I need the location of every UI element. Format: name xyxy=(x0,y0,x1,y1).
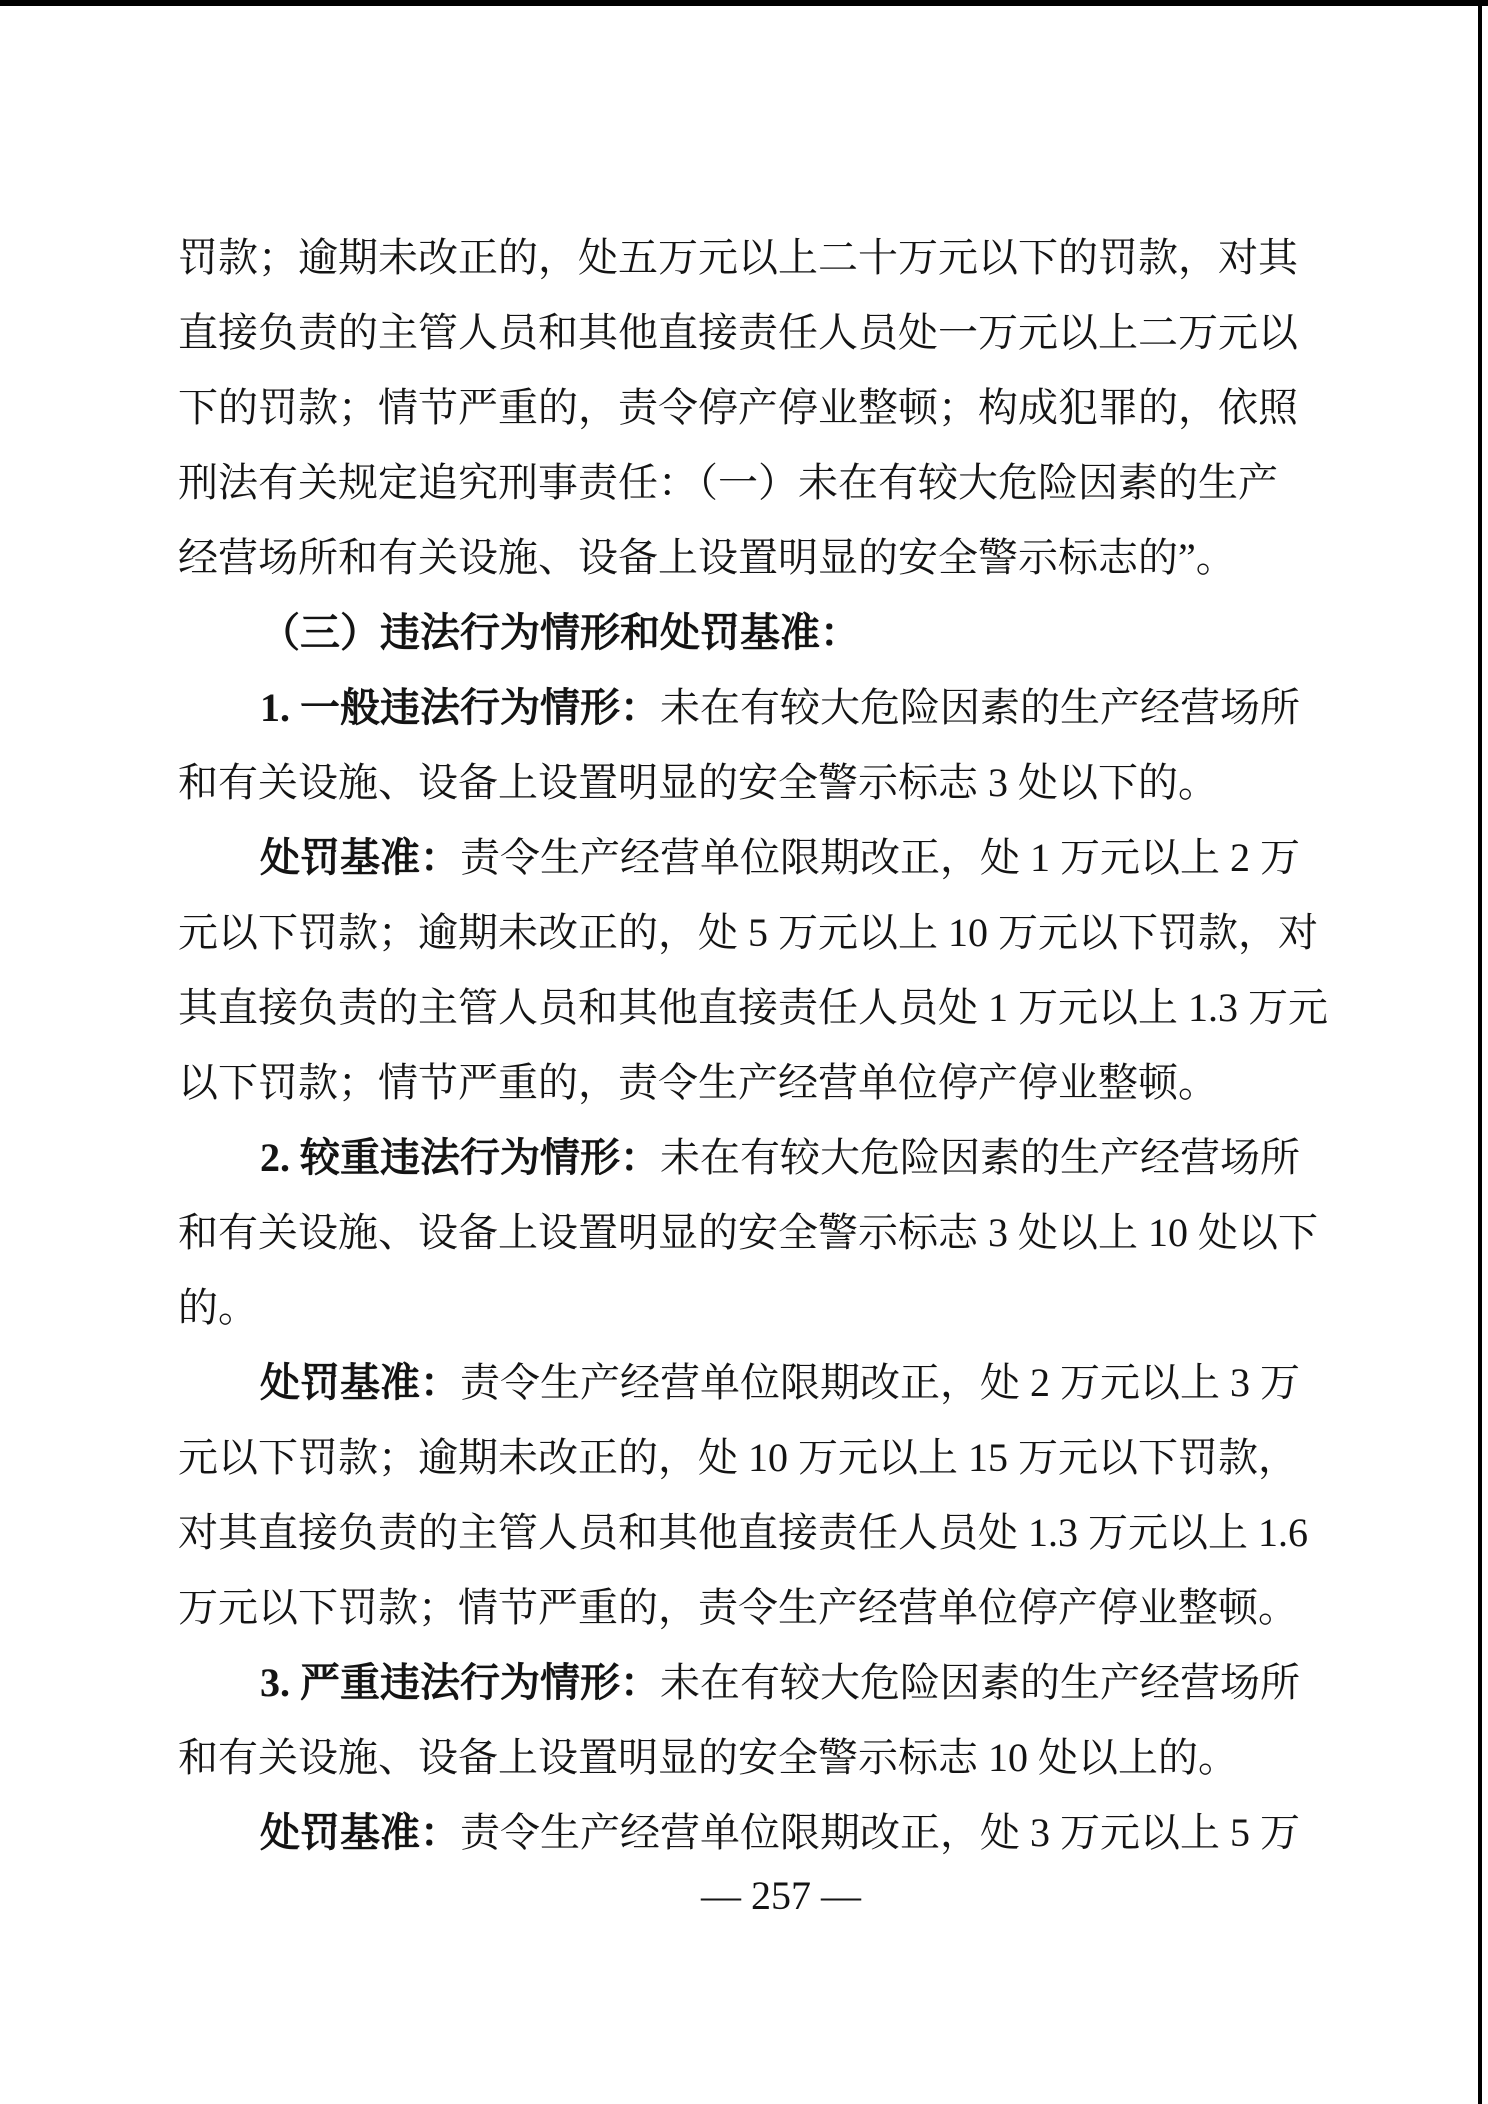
body-line: 以下罚款；情节严重的，责令生产经营单位停产停业整顿。 xyxy=(178,1045,1418,1120)
body-line: 和有关设施、设备上设置明显的安全警示标志 3 处以上 10 处以下 xyxy=(178,1195,1418,1270)
text-segment: 元以下罚款；逾期未改正的，处 10 万元以上 15 万元以下罚款， xyxy=(178,1435,1298,1480)
text-segment: 未在有较大危险因素的生产经营场所 xyxy=(660,1660,1300,1705)
bold-text-segment: 处罚基准： xyxy=(260,835,460,880)
text-segment: 万元以下罚款；情节严重的，责令生产经营单位停产停业整顿。 xyxy=(178,1585,1298,1630)
body-line: 处罚基准：责令生产经营单位限期改正，处 1 万元以上 2 万 xyxy=(178,820,1418,895)
body-line: 下的罚款；情节严重的，责令停产停业整顿；构成犯罪的，依照 xyxy=(178,370,1418,445)
text-segment: 未在有较大危险因素的生产经营场所 xyxy=(660,685,1300,730)
text-segment: 元以下罚款；逾期未改正的，处 5 万元以上 10 万元以下罚款，对 xyxy=(178,910,1318,955)
text-segment: 其直接负责的主管人员和其他直接责任人员处 1 万元以上 1.3 万元 xyxy=(178,985,1328,1030)
bold-text-segment: 处罚基准： xyxy=(260,1360,460,1405)
body-line: 直接负责的主管人员和其他直接责任人员处一万元以上二万元以 xyxy=(178,295,1418,370)
scan-right-edge-line xyxy=(1478,0,1482,2104)
body-line: 万元以下罚款；情节严重的，责令生产经营单位停产停业整顿。 xyxy=(178,1570,1418,1645)
body-line: 对其直接负责的主管人员和其他直接责任人员处 1.3 万元以上 1.6 xyxy=(178,1495,1418,1570)
body-line: 3. 严重违法行为情形：未在有较大危险因素的生产经营场所 xyxy=(178,1645,1418,1720)
body-line: 元以下罚款；逾期未改正的，处 5 万元以上 10 万元以下罚款，对 xyxy=(178,895,1418,970)
body-line: 元以下罚款；逾期未改正的，处 10 万元以上 15 万元以下罚款， xyxy=(178,1420,1418,1495)
text-segment: 的。 xyxy=(178,1285,258,1330)
text-segment: 对其直接负责的主管人员和其他直接责任人员处 1.3 万元以上 1.6 xyxy=(178,1510,1308,1555)
text-segment: 责令生产经营单位限期改正，处 3 万元以上 5 万 xyxy=(460,1810,1300,1855)
text-segment: 直接负责的主管人员和其他直接责任人员处一万元以上二万元以 xyxy=(178,310,1298,355)
bold-text-segment: 1. 一般违法行为情形： xyxy=(260,685,660,730)
page-number: — 257 — xyxy=(72,1872,1488,1920)
body-line: 1. 一般违法行为情形：未在有较大危险因素的生产经营场所 xyxy=(178,670,1418,745)
text-segment: 下的罚款；情节严重的，责令停产停业整顿；构成犯罪的，依照 xyxy=(178,385,1298,430)
text-segment: 和有关设施、设备上设置明显的安全警示标志 10 处以上的。 xyxy=(178,1735,1238,1780)
body-line: 和有关设施、设备上设置明显的安全警示标志 10 处以上的。 xyxy=(178,1720,1418,1795)
body-line: 和有关设施、设备上设置明显的安全警示标志 3 处以下的。 xyxy=(178,745,1418,820)
text-segment: 责令生产经营单位限期改正，处 1 万元以上 2 万 xyxy=(460,835,1300,880)
text-segment: 责令生产经营单位限期改正，处 2 万元以上 3 万 xyxy=(460,1360,1300,1405)
body-line: 处罚基准：责令生产经营单位限期改正，处 2 万元以上 3 万 xyxy=(178,1345,1418,1420)
body-line: 其直接负责的主管人员和其他直接责任人员处 1 万元以上 1.3 万元 xyxy=(178,970,1418,1045)
text-segment: 罚款；逾期未改正的，处五万元以上二十万元以下的罚款，对其 xyxy=(178,235,1298,280)
text-segment: 经营场所和有关设施、设备上设置明显的安全警示标志的”。 xyxy=(178,535,1236,580)
text-block: 罚款；逾期未改正的，处五万元以上二十万元以下的罚款，对其直接负责的主管人员和其他… xyxy=(178,220,1418,1870)
document-page: 罚款；逾期未改正的，处五万元以上二十万元以下的罚款，对其直接负责的主管人员和其他… xyxy=(0,0,1488,2104)
body-line: （三）违法行为情形和处罚基准： xyxy=(178,595,1418,670)
bold-text-segment: （三）违法行为情形和处罚基准： xyxy=(260,610,860,655)
bold-text-segment: 2. 较重违法行为情形： xyxy=(260,1135,660,1180)
body-line: 经营场所和有关设施、设备上设置明显的安全警示标志的”。 xyxy=(178,520,1418,595)
text-segment: 和有关设施、设备上设置明显的安全警示标志 3 处以下的。 xyxy=(178,760,1218,805)
body-line: 罚款；逾期未改正的，处五万元以上二十万元以下的罚款，对其 xyxy=(178,220,1418,295)
text-segment: 刑法有关规定追究刑事责任：（一）未在有较大危险因素的生产 xyxy=(178,460,1278,505)
text-segment: 未在有较大危险因素的生产经营场所 xyxy=(660,1135,1300,1180)
bold-text-segment: 3. 严重违法行为情形： xyxy=(260,1660,660,1705)
text-segment: 和有关设施、设备上设置明显的安全警示标志 3 处以上 10 处以下 xyxy=(178,1210,1318,1255)
body-line: 刑法有关规定追究刑事责任：（一）未在有较大危险因素的生产 xyxy=(178,445,1418,520)
bold-text-segment: 处罚基准： xyxy=(260,1810,460,1855)
text-segment: 以下罚款；情节严重的，责令生产经营单位停产停业整顿。 xyxy=(178,1060,1218,1105)
body-line: 2. 较重违法行为情形：未在有较大危险因素的生产经营场所 xyxy=(178,1120,1418,1195)
body-line: 处罚基准：责令生产经营单位限期改正，处 3 万元以上 5 万 xyxy=(178,1795,1418,1870)
body-line: 的。 xyxy=(178,1270,1418,1345)
scan-top-edge-bar xyxy=(0,0,1488,6)
